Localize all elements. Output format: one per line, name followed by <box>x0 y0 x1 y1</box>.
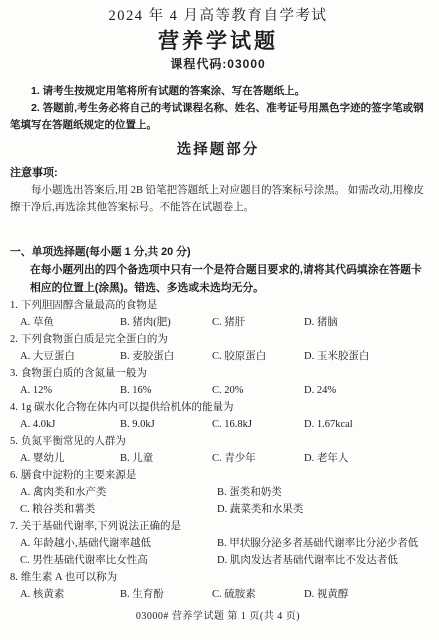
part-one: 一、单项选择题(每小题 1 分,共 20 分) 在每小题列出的四个备选项中只有一… <box>10 244 426 297</box>
option-a: A. 禽肉类和水产类 <box>20 484 217 501</box>
option-row: A. 草鱼 B. 猪肉(肥) C. 猪肝 D. 猪脑 <box>10 314 426 331</box>
exam-title: 营养学试题 <box>10 29 426 55</box>
option-a: A. 12% <box>20 382 120 399</box>
option-b: B. 猪肉(肥) <box>120 314 212 331</box>
question-number: 8. <box>10 572 18 583</box>
option-c: C. 16.8kJ <box>212 416 304 433</box>
option-c: C. 男性基础代谢率比女性高 <box>20 552 217 569</box>
option-d: D. 玉米胶蛋白 <box>304 348 426 365</box>
question-text: 负氮平衡常见的人群为 <box>21 436 126 447</box>
option-c: C. 青少年 <box>212 450 304 467</box>
question-3: 3.食物蛋白质的含氮量一般为 A. 12% B. 16% C. 20% D. 2… <box>10 365 426 399</box>
question-number: 4. <box>10 402 18 413</box>
question-stem: 5.负氮平衡常见的人群为 <box>10 433 426 450</box>
question-stem: 4.1g 碳水化合物在体内可以提供给机体的能量为 <box>10 399 426 416</box>
question-6: 6.膳食中淀粉的主要来源是 A. 禽肉类和水产类 B. 蛋类和奶类 C. 粮谷类… <box>10 467 426 518</box>
part-one-instruction: 在每小题列出的四个备选项中只有一个是符合题目要求的,请将其代码填涂在答题卡相应的… <box>10 261 426 297</box>
option-d: D. 蔬菜类和水果类 <box>217 501 426 518</box>
option-d: D. 肌肉发达者基础代谢率比不发达者低 <box>217 552 426 569</box>
question-number: 3. <box>10 368 18 379</box>
option-b: B. 甲状腺分泌多者基础代谢率比分泌少者低 <box>217 535 426 552</box>
option-b: B. 9.0kJ <box>120 416 212 433</box>
notice-item-2: 2. 答题前,考生务必将自己的考试课程名称、姓名、准考证号用黑色字迹的签字笔或钢… <box>10 100 426 134</box>
option-a: A. 年龄越小,基础代谢率越低 <box>20 535 217 552</box>
option-d: D. 1.67kcal <box>304 416 426 433</box>
question-number: 1. <box>10 300 18 311</box>
option-row: A. 年龄越小,基础代谢率越低 B. 甲状腺分泌多者基础代谢率比分泌少者低 C.… <box>10 535 426 569</box>
question-number: 2. <box>10 334 18 345</box>
attention-label: 注意事项: <box>10 165 426 182</box>
question-stem: 7.关于基础代谢率,下列说法正确的是 <box>10 518 426 535</box>
question-number: 6. <box>10 470 18 481</box>
option-a: A. 草鱼 <box>20 314 120 331</box>
option-d: D. 24% <box>304 382 426 399</box>
option-a: A. 核黄素 <box>20 586 120 603</box>
question-number: 7. <box>10 521 18 532</box>
option-c: C. 20% <box>212 382 304 399</box>
question-text: 膳食中淀粉的主要来源是 <box>21 470 137 481</box>
question-number: 5. <box>10 436 18 447</box>
option-c: C. 猪肝 <box>212 314 304 331</box>
question-4: 4.1g 碳水化合物在体内可以提供给机体的能量为 A. 4.0kJ B. 9.0… <box>10 399 426 433</box>
option-b: B. 儿童 <box>120 450 212 467</box>
section-heading: 选择题部分 <box>10 141 426 160</box>
option-row: A. 大豆蛋白 B. 麦胶蛋白 C. 胶原蛋白 D. 玉米胶蛋白 <box>10 348 426 365</box>
option-c: C. 胶原蛋白 <box>212 348 304 365</box>
question-8: 8.维生素 A 也可以称为 A. 核黄素 B. 生育酚 C. 硫胺素 D. 视黄… <box>10 569 426 603</box>
option-d: D. 猪脑 <box>304 314 426 331</box>
option-row: A. 禽肉类和水产类 B. 蛋类和奶类 C. 粮谷类和薯类 D. 蔬菜类和水果类 <box>10 484 426 518</box>
question-stem: 3.食物蛋白质的含氮量一般为 <box>10 365 426 382</box>
option-row: A. 婴幼儿 B. 儿童 C. 青少年 D. 老年人 <box>10 450 426 467</box>
option-a: A. 4.0kJ <box>20 416 120 433</box>
option-b: B. 16% <box>120 382 212 399</box>
question-7: 7.关于基础代谢率,下列说法正确的是 A. 年龄越小,基础代谢率越低 B. 甲状… <box>10 518 426 569</box>
option-b: B. 蛋类和奶类 <box>217 484 426 501</box>
option-c: C. 硫胺素 <box>212 586 304 603</box>
question-1: 1.下列胆固醇含量最高的食物是 A. 草鱼 B. 猪肉(肥) C. 猪肝 D. … <box>10 297 426 331</box>
option-b: B. 麦胶蛋白 <box>120 348 212 365</box>
question-5: 5.负氮平衡常见的人群为 A. 婴幼儿 B. 儿童 C. 青少年 D. 老年人 <box>10 433 426 467</box>
question-text: 下列胆固醇含量最高的食物是 <box>21 300 158 311</box>
option-row: A. 4.0kJ B. 9.0kJ C. 16.8kJ D. 1.67kcal <box>10 416 426 433</box>
part-one-heading: 一、单项选择题(每小题 1 分,共 20 分) <box>10 244 426 261</box>
question-stem: 2.下列食物蛋白质是完全蛋白的为 <box>10 331 426 348</box>
option-a: A. 大豆蛋白 <box>20 348 120 365</box>
option-a: A. 婴幼儿 <box>20 450 120 467</box>
question-text: 下列食物蛋白质是完全蛋白的为 <box>21 334 168 345</box>
option-b: B. 生育酚 <box>120 586 212 603</box>
course-code: 课程代码:03000 <box>10 56 426 72</box>
notice-item-1: 1. 请考生按规定用笔将所有试题的答案涂、写在答题纸上。 <box>10 83 426 100</box>
question-text: 1g 碳水化合物在体内可以提供给机体的能量为 <box>21 402 234 413</box>
option-d: D. 老年人 <box>304 450 426 467</box>
question-stem: 6.膳食中淀粉的主要来源是 <box>10 467 426 484</box>
option-row: A. 核黄素 B. 生育酚 C. 硫胺素 D. 视黄醇 <box>10 586 426 603</box>
candidate-notices: 1. 请考生按规定用笔将所有试题的答案涂、写在答题纸上。 2. 答题前,考生务必… <box>10 83 426 134</box>
question-text: 关于基础代谢率,下列说法正确的是 <box>21 521 181 532</box>
option-row: A. 12% B. 16% C. 20% D. 24% <box>10 382 426 399</box>
question-2: 2.下列食物蛋白质是完全蛋白的为 A. 大豆蛋白 B. 麦胶蛋白 C. 胶原蛋白… <box>10 331 426 365</box>
question-list: 1.下列胆固醇含量最高的食物是 A. 草鱼 B. 猪肉(肥) C. 猪肝 D. … <box>10 297 426 603</box>
question-text: 维生素 A 也可以称为 <box>21 572 117 583</box>
option-c: C. 粮谷类和薯类 <box>20 501 217 518</box>
question-stem: 8.维生素 A 也可以称为 <box>10 569 426 586</box>
attention-block: 注意事项: 每小题选出答案后,用 2B 铅笔把答题纸上对应题目的答案标号涂黑。 … <box>10 165 426 216</box>
exam-session-line: 2024 年 4 月高等教育自学考试 <box>10 7 426 26</box>
page-footer: 03000# 营养学试题 第 1 页(共 4 页) <box>10 609 426 624</box>
option-d: D. 视黄醇 <box>304 586 426 603</box>
attention-text: 每小题选出答案后,用 2B 铅笔把答题纸上对应题目的答案标号涂黑。 如需改动,用… <box>10 182 426 216</box>
question-stem: 1.下列胆固醇含量最高的食物是 <box>10 297 426 314</box>
question-text: 食物蛋白质的含氮量一般为 <box>21 368 147 379</box>
exam-paper-page: 2024 年 4 月高等教育自学考试 营养学试题 课程代码:03000 1. 请… <box>0 0 439 640</box>
